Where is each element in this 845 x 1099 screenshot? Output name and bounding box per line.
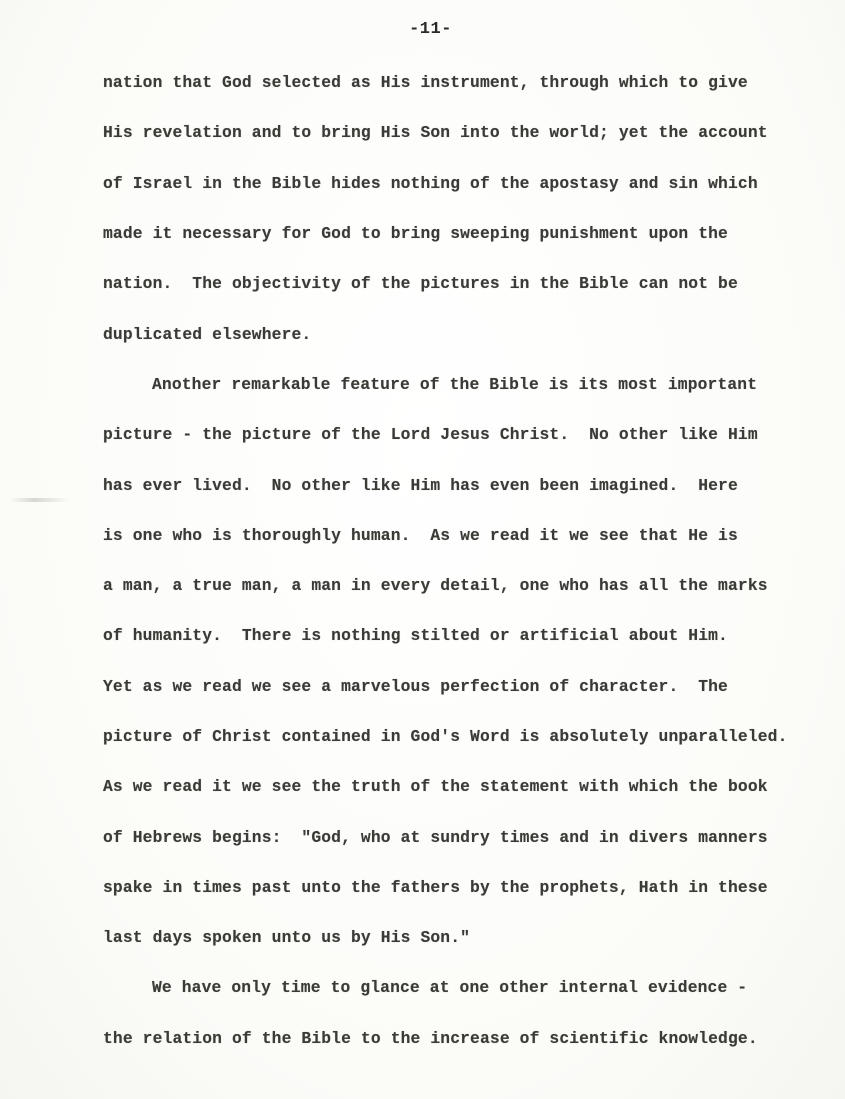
page-number: -11-: [0, 20, 845, 39]
text-line: the relation of the Bible to the increas…: [103, 1029, 758, 1048]
text-line: picture - the picture of the Lord Jesus …: [103, 425, 758, 444]
text-line: Yet as we read we see a marvelous perfec…: [103, 677, 728, 696]
paragraph-start-line: We have only time to glance at one other…: [152, 978, 747, 997]
text-line: nation. The objectivity of the pictures …: [103, 274, 738, 293]
text-line: His revelation and to bring His Son into…: [103, 123, 768, 142]
paragraph-start-line: Another remarkable feature of the Bible …: [152, 375, 757, 394]
text-line: of Israel in the Bible hides nothing of …: [103, 174, 758, 193]
text-line: duplicated elsewhere.: [103, 325, 311, 344]
paper-smudge: [10, 498, 70, 502]
text-line: picture of Christ contained in God's Wor…: [103, 727, 788, 746]
text-line: last days spoken unto us by His Son.": [103, 928, 470, 947]
text-line: nation that God selected as His instrume…: [103, 73, 748, 92]
text-line: of humanity. There is nothing stilted or…: [103, 626, 728, 645]
text-line: has ever lived. No other like Him has ev…: [103, 476, 738, 495]
text-line: of Hebrews begins: "God, who at sundry t…: [103, 828, 768, 847]
text-line: As we read it we see the truth of the st…: [103, 777, 768, 796]
text-line: made it necessary for God to bring sweep…: [103, 224, 728, 243]
text-line: spake in times past unto the fathers by …: [103, 878, 768, 897]
typewritten-page: -11- nation that God selected as His ins…: [0, 0, 845, 1099]
text-line: is one who is thoroughly human. As we re…: [103, 526, 738, 545]
text-line: a man, a true man, a man in every detail…: [103, 576, 768, 595]
